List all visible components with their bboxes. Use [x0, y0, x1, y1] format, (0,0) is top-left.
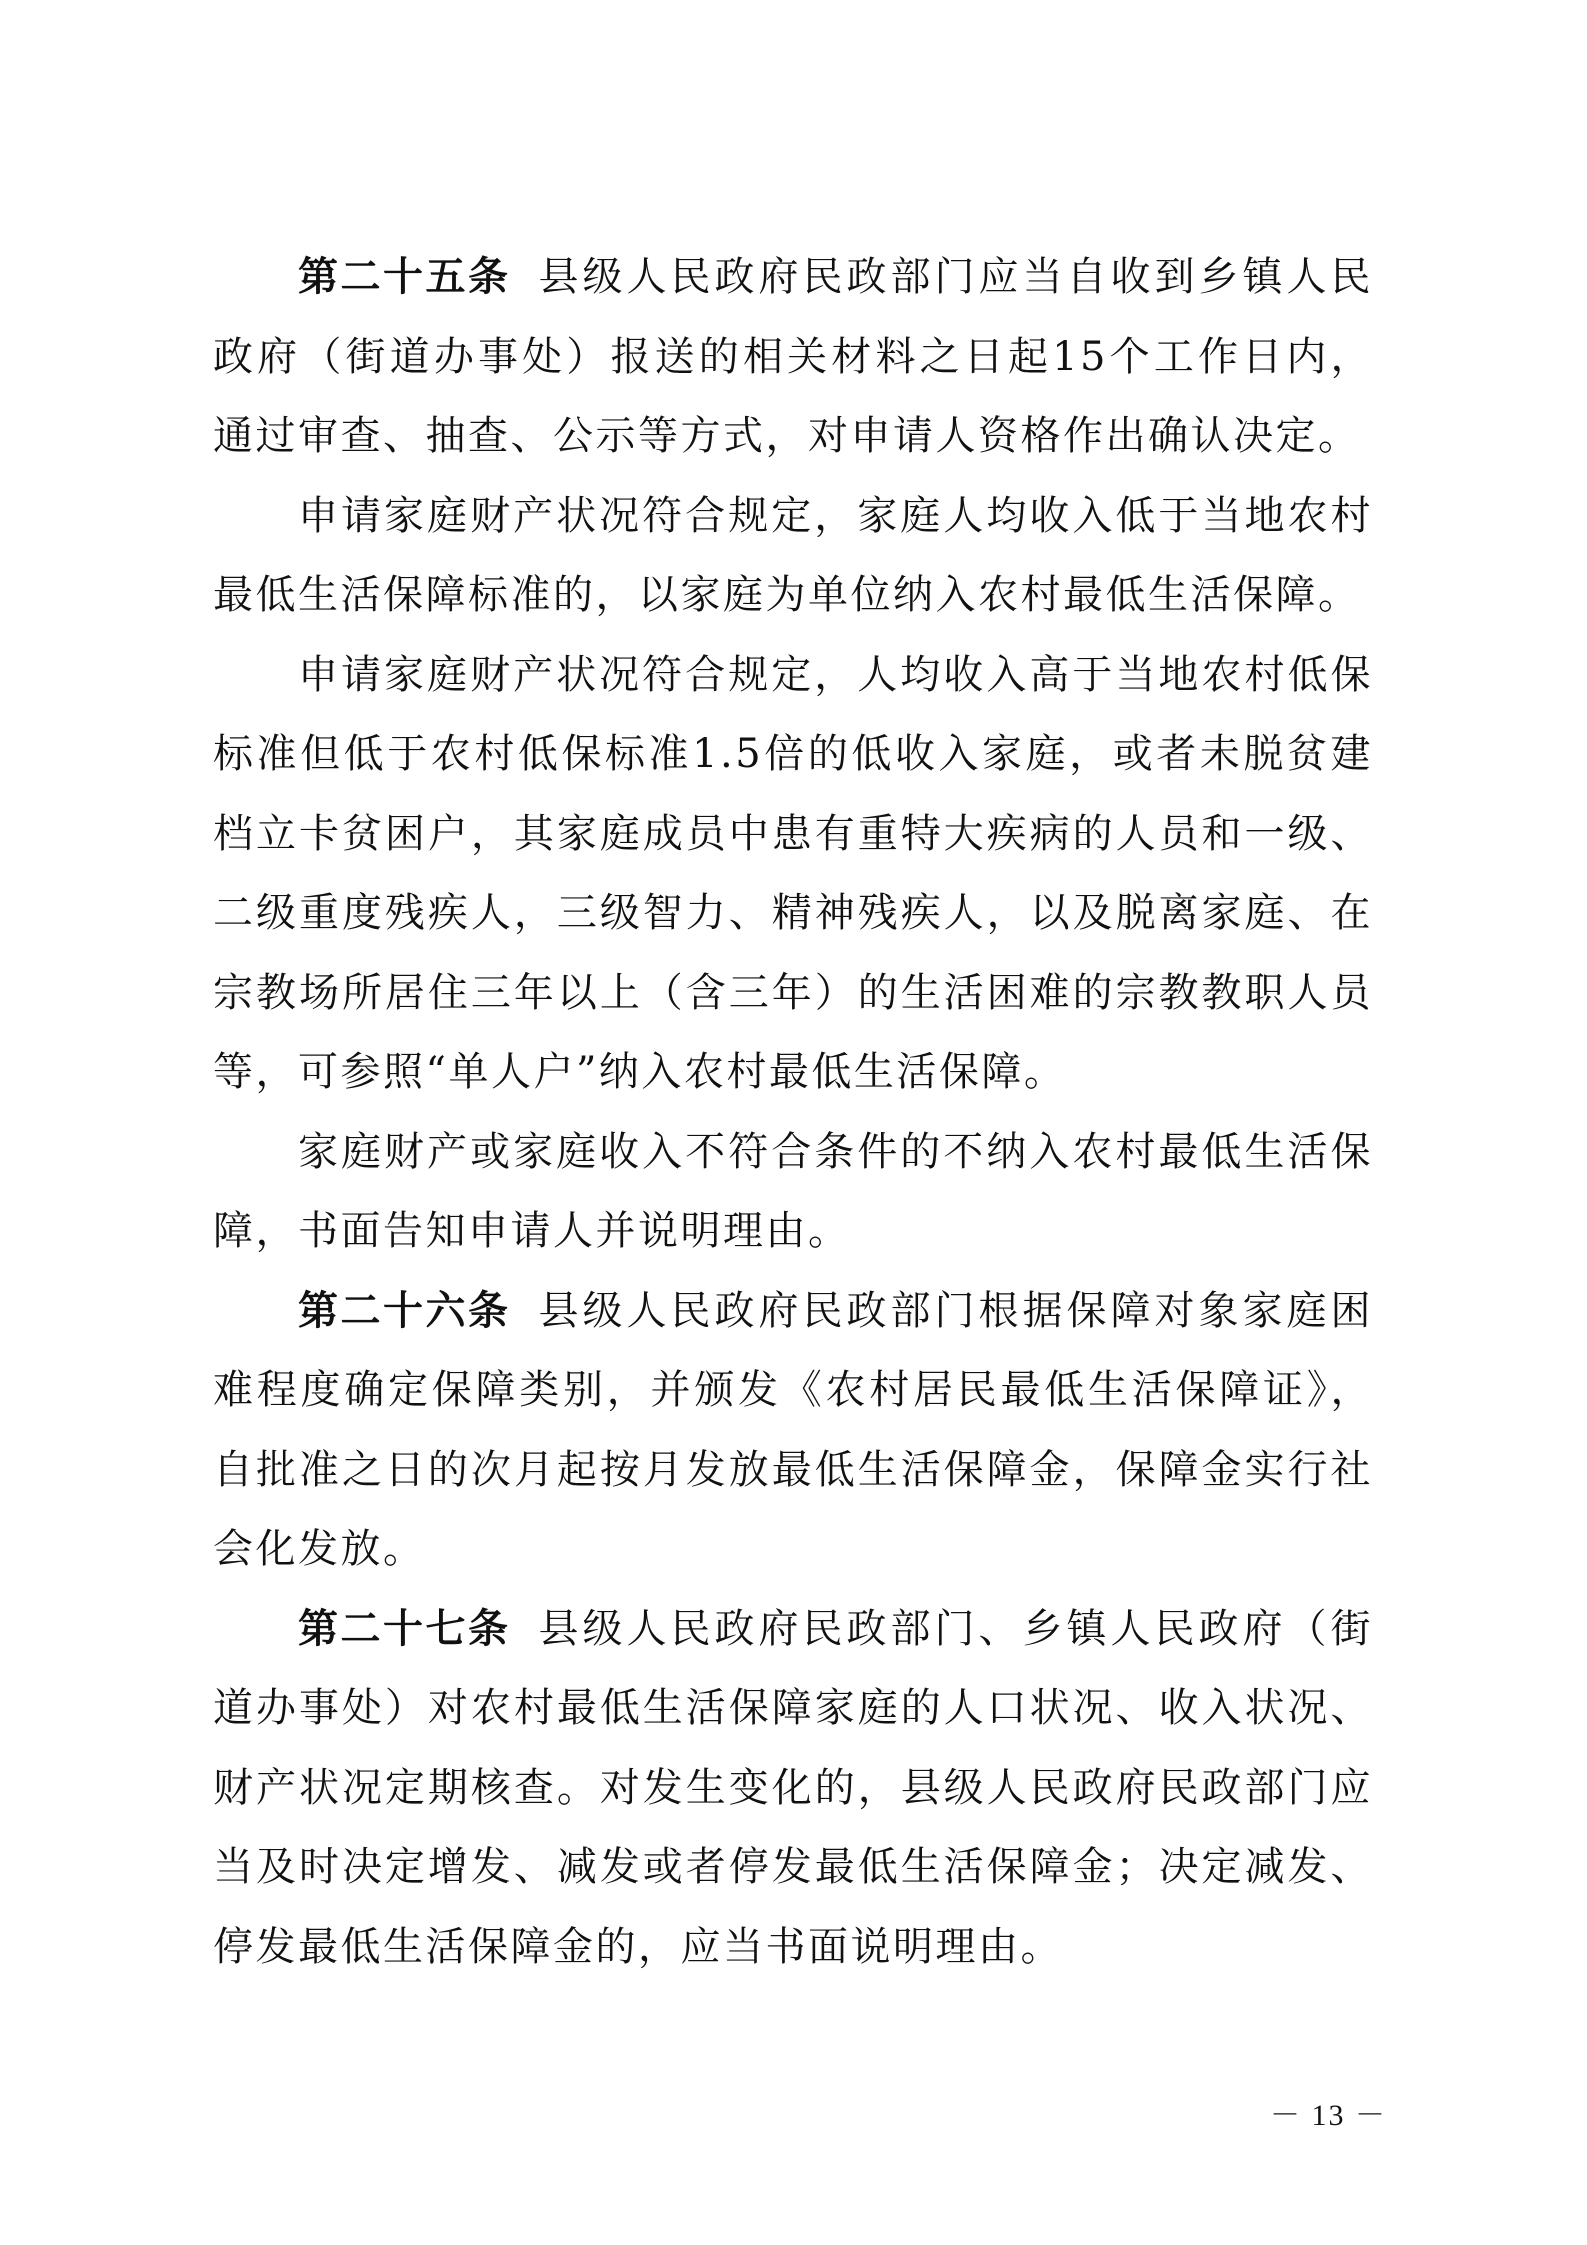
article-number: 第二十六条: [298, 1288, 511, 1334]
page-number: － 13 －: [1270, 2090, 1387, 2134]
paragraph-text: 县级人民政府民政部门、乡镇人民政府（街道办事处）对农村最低生活保障家庭的人口状况…: [213, 1606, 1373, 1970]
paragraph: 家庭财产或家庭收入不符合条件的不纳入农村最低生活保障，书面告知申请人并说明理由。: [213, 1113, 1373, 1272]
paragraph: 申请家庭财产状况符合规定，家庭人均收入低于当地农村最低生活保障标准的，以家庭为单…: [213, 477, 1373, 636]
paragraph-text: 申请家庭财产状况符合规定，家庭人均收入低于当地农村最低生活保障标准的，以家庭为单…: [213, 493, 1373, 619]
paragraph-article-27: 第二十七条县级人民政府民政部门、乡镇人民政府（街道办事处）对农村最低生活保障家庭…: [213, 1590, 1373, 1988]
paragraph: 申请家庭财产状况符合规定，人均收入高于当地农村低保标准但低于农村低保标准1.5倍…: [213, 636, 1373, 1113]
document-page: 第二十五条县级人民政府民政部门应当自收到乡镇人民政府（街道办事处）报送的相关材料…: [0, 0, 1587, 2245]
paragraph-text: 申请家庭财产状况符合规定，人均收入高于当地农村低保标准但低于农村低保标准1.5倍…: [213, 652, 1373, 1096]
article-number: 第二十五条: [298, 254, 511, 300]
paragraph-text: 家庭财产或家庭收入不符合条件的不纳入农村最低生活保障，书面告知申请人并说明理由。: [213, 1129, 1373, 1255]
document-body: 第二十五条县级人民政府民政部门应当自收到乡镇人民政府（街道办事处）报送的相关材料…: [213, 238, 1373, 1987]
article-number: 第二十七条: [298, 1606, 511, 1652]
paragraph-article-25: 第二十五条县级人民政府民政部门应当自收到乡镇人民政府（街道办事处）报送的相关材料…: [213, 238, 1373, 477]
paragraph-article-26: 第二十六条县级人民政府民政部门根据保障对象家庭困难程度确定保障类别，并颁发《农村…: [213, 1272, 1373, 1590]
